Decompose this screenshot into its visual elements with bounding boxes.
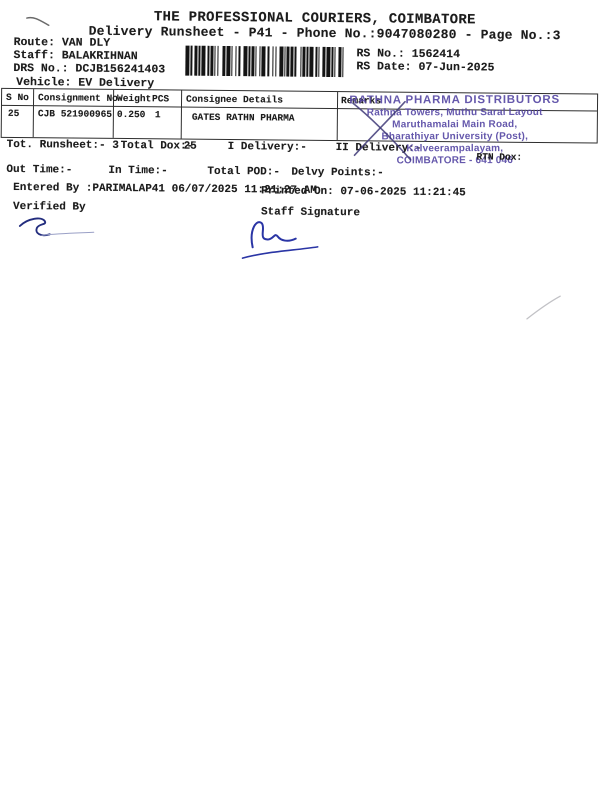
col-header-consignment: Consignment No bbox=[38, 92, 118, 104]
total-pod-field: Total POD:- bbox=[207, 166, 280, 179]
table-vline-3 bbox=[181, 91, 182, 139]
in-time-field: In Time:- bbox=[108, 165, 168, 178]
printed-on-field: Printed On: 07-06-2025 11:21:45 bbox=[261, 185, 466, 199]
i-delivery-field: I Delivery:- bbox=[228, 141, 307, 154]
col-header-consignee: Consignee Details bbox=[186, 94, 283, 106]
row-consignment: CJB 521900965 bbox=[38, 108, 112, 120]
drs-no-field: DRS No.: DCJB156241403 bbox=[13, 62, 165, 76]
pen-stroke-top-left bbox=[24, 14, 52, 28]
row-weight: 0.250 bbox=[117, 109, 146, 120]
total-dox-value: 25 bbox=[184, 141, 197, 153]
rtn-dox-label: RTN Dox: bbox=[476, 151, 522, 162]
staff-signature bbox=[232, 215, 332, 266]
rs-no-field: RS No.: 1562414 bbox=[356, 47, 460, 61]
pen-x-mark bbox=[342, 97, 425, 166]
col-header-sno: S No bbox=[6, 92, 29, 103]
rs-date-field: RS Date: 07-Jun-2025 bbox=[356, 60, 494, 74]
verified-by-label: Verified By bbox=[13, 201, 86, 214]
total-runsheet: Tot. Runsheet:- 3 bbox=[7, 139, 119, 152]
verified-by-signature bbox=[12, 214, 102, 247]
total-dox-label: Total Dox:- bbox=[121, 140, 194, 153]
delvy-points-field: Delvy Points:- bbox=[291, 167, 384, 180]
out-time-field: Out Time:- bbox=[6, 164, 72, 177]
table-vline-1 bbox=[33, 89, 34, 137]
scanned-runsheet-document: THE PROFESSIONAL COURIERS, COIMBATORE De… bbox=[0, 0, 600, 800]
col-header-weight: Weight bbox=[117, 93, 151, 104]
row-sno: 25 bbox=[8, 108, 20, 119]
row-pcs: 1 bbox=[155, 109, 161, 120]
staff-field: Staff: BALAKRIHNAN bbox=[13, 49, 137, 63]
faint-pen-stroke-right bbox=[523, 293, 563, 323]
barcode-space bbox=[343, 47, 347, 77]
barcode bbox=[185, 46, 348, 78]
route-field: Route: VAN DLY bbox=[14, 36, 111, 50]
row-consignee: GATES RATHN PHARMA bbox=[192, 112, 295, 124]
col-header-pcs: PCS bbox=[152, 93, 169, 104]
